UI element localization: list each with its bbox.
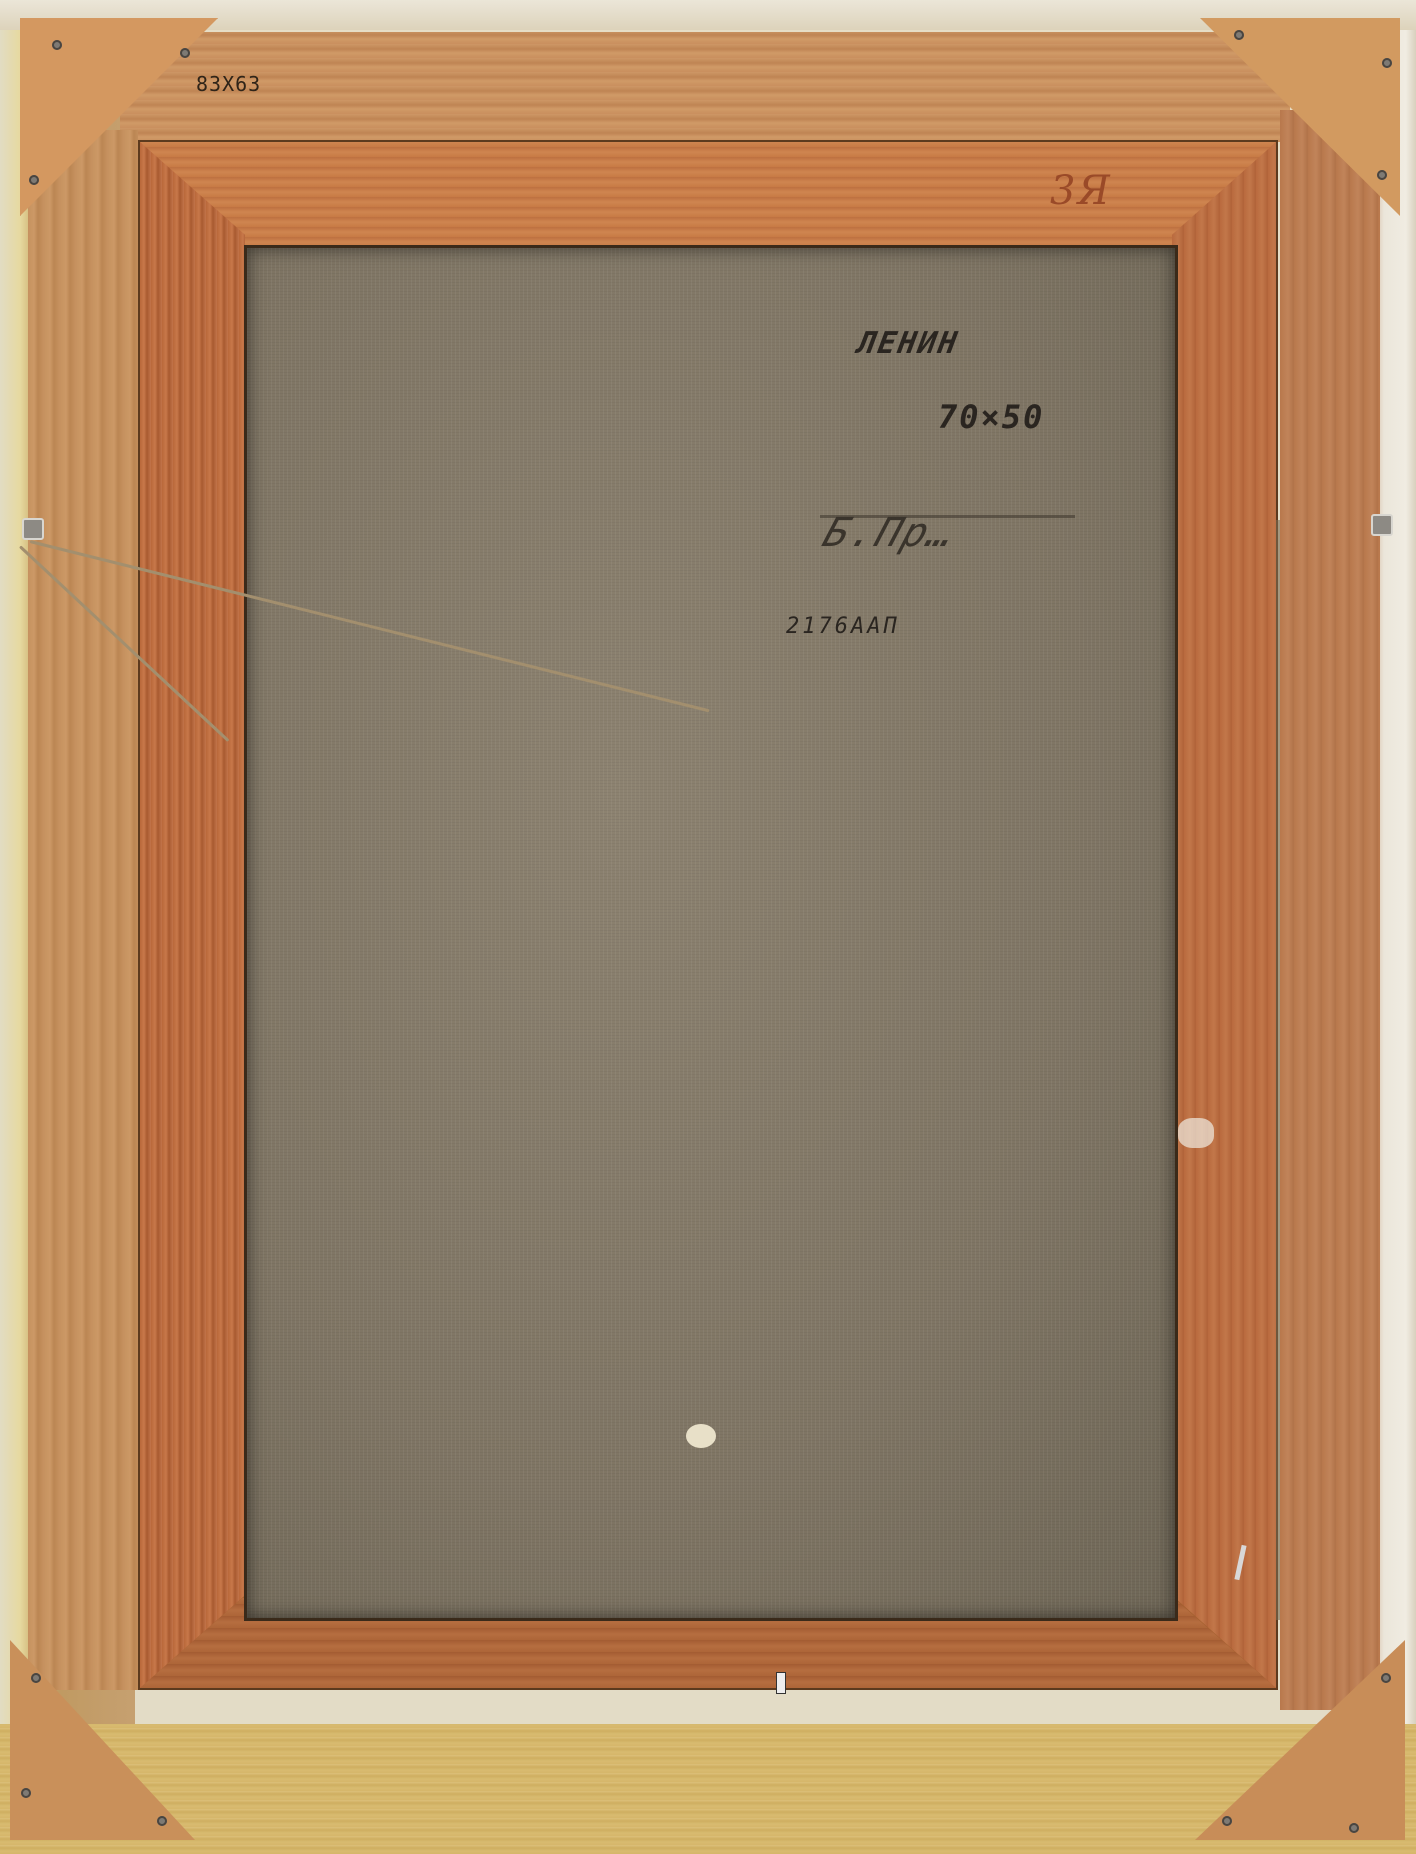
stretcher-bar-left [140,142,245,1688]
frame-bar-right [1280,110,1380,1710]
frame-bar-left [28,130,138,1690]
screw-icon [157,1816,167,1826]
screw-icon [21,1788,31,1798]
hanging-hook-left [22,518,44,540]
screw-icon [1382,58,1392,68]
screw-icon [1234,30,1244,40]
screw-icon [31,1673,41,1683]
screw-icon [52,40,62,50]
screw-icon [1222,1816,1232,1826]
painting-back-photo: 83X63 3Я ЛЕНИН 70×50 Б.Пр… 2176ААП [0,0,1416,1854]
paint-spot [686,1424,716,1448]
screw-icon [1381,1673,1391,1683]
canvas-edge-twine [1276,520,1280,1620]
canvas-back [244,245,1178,1621]
screw-icon [1377,170,1387,180]
screw-icon [29,175,39,185]
frame-size-inscription: 83X63 [196,72,261,96]
signature: Б.Пр… [818,510,963,556]
frame-bar-top [120,32,1290,142]
paint-mark [1178,1118,1214,1148]
frame-number-inscription: 3Я [1050,168,1112,214]
screw-icon [1349,1823,1359,1833]
screw-icon [180,48,190,58]
nail-icon [776,1672,786,1694]
inventory-code-inscription: 2176ААП [786,614,900,639]
outer-frame-top-edge [0,0,1416,30]
canvas-size-inscription: 70×50 [938,398,1044,436]
title-inscription: ЛЕНИН [855,326,961,361]
stretcher-bar-right [1172,142,1276,1688]
hanging-hook-right [1371,514,1393,536]
